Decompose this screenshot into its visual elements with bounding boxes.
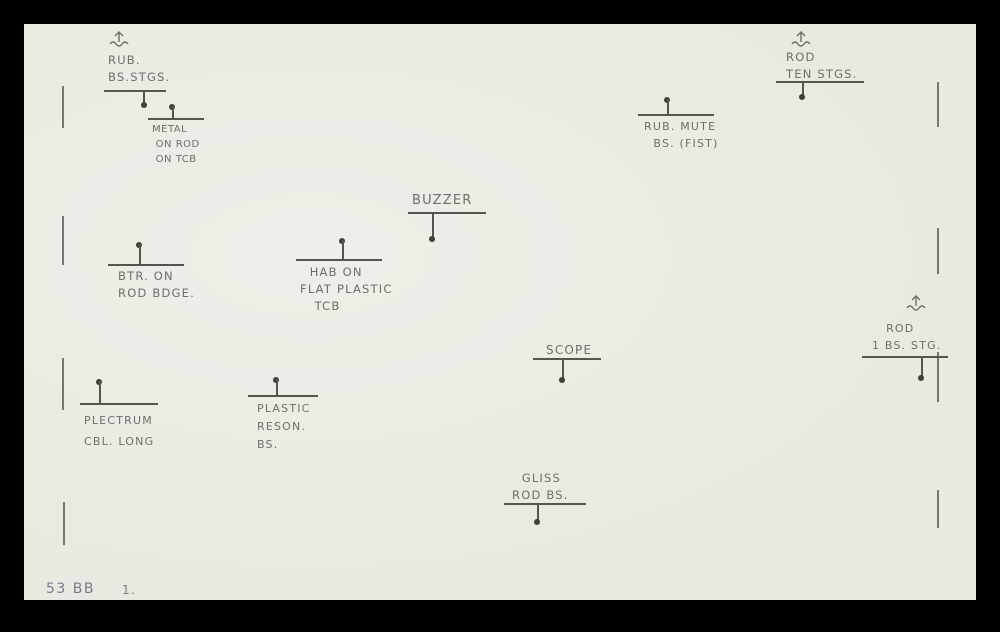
- right-margin-tick: [937, 352, 939, 402]
- note-dot: [429, 236, 435, 242]
- staff-line: [108, 264, 184, 266]
- left-margin-tick: [62, 216, 64, 265]
- label-rub-mute: RUB. MUTE BS. (FIST): [644, 118, 719, 152]
- staff-line: [638, 114, 714, 116]
- paper-card: [24, 24, 976, 600]
- staff-line: [148, 118, 204, 120]
- label-hab-on-flat: HAB ON FLAT PLASTIC TCB: [300, 264, 393, 315]
- right-margin-tick: [937, 228, 939, 274]
- label-rod-ten-stgs: ROD TEN STGS.: [786, 49, 858, 83]
- stem: [802, 81, 804, 95]
- staff-line: [504, 503, 586, 505]
- staff-line: [776, 81, 864, 83]
- arrow-up-wave-icon: [107, 30, 131, 48]
- left-margin-tick: [62, 86, 64, 128]
- note-dot: [559, 377, 565, 383]
- stem: [139, 244, 141, 264]
- note-dot: [918, 375, 924, 381]
- stem: [921, 356, 923, 376]
- arrow-up-wave-icon: [904, 294, 928, 312]
- label-plectrum: PLECTRUM CBL. LONG: [84, 410, 154, 452]
- staff-line: [533, 358, 601, 360]
- page-number: 1.: [122, 583, 136, 597]
- left-margin-tick: [63, 502, 65, 545]
- staff-line: [80, 403, 158, 405]
- staff-line: [104, 90, 166, 92]
- label-plastic-reson: PLASTIC RESON. BS.: [257, 400, 311, 454]
- label-scope: SCOPE: [546, 342, 592, 359]
- stem: [667, 99, 669, 115]
- label-rub-bs-stgs: RUB. BS.STGS.: [108, 52, 170, 86]
- staff-line: [296, 259, 382, 261]
- right-margin-tick: [937, 82, 939, 127]
- stem: [432, 212, 434, 238]
- label-metal-on-rod: METAL ON ROD ON TCB: [152, 122, 200, 167]
- staff-line: [408, 212, 486, 214]
- staff-line: [248, 395, 318, 397]
- stem: [342, 240, 344, 260]
- stem: [276, 379, 278, 395]
- note-dot: [799, 94, 805, 100]
- staff-line: [862, 356, 948, 358]
- note-dot: [141, 102, 147, 108]
- label-gliss-rod: GLISS ROD BS.: [512, 470, 569, 504]
- right-margin-tick: [937, 490, 939, 528]
- arrow-up-wave-icon: [789, 30, 813, 48]
- left-margin-tick: [62, 358, 64, 410]
- note-dot: [534, 519, 540, 525]
- label-btr-on-rod: BTR. ON ROD BDGE.: [118, 268, 195, 302]
- catalog-number: 53 BB: [46, 581, 95, 597]
- stem: [99, 381, 101, 403]
- stem: [562, 358, 564, 378]
- label-buzzer: BUZZER: [412, 192, 472, 209]
- label-rod-1-bs-stg: ROD 1 BS. STG.: [872, 320, 942, 354]
